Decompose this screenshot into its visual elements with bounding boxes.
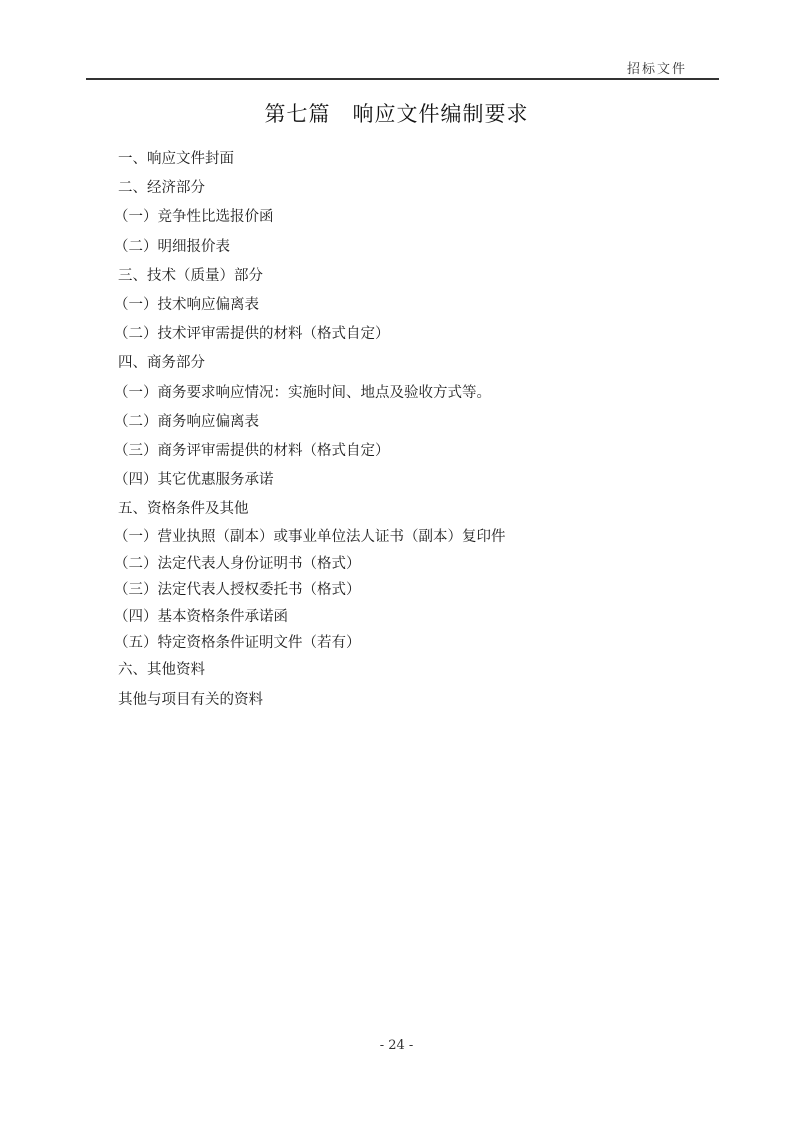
list-item: （二）法定代表人身份证明书（格式） [114, 551, 678, 577]
section-heading: 三、技术（质量）部分 [118, 262, 678, 291]
document-header-label: 招标文件 [627, 58, 687, 77]
list-item: （一）营业执照（副本）或事业单位法人证书（副本）复印件 [114, 524, 678, 550]
list-item: （二）明细报价表 [114, 233, 678, 262]
list-item: （三）法定代表人授权委托书（格式） [114, 577, 678, 603]
header-divider [86, 78, 719, 80]
title-text: 响应文件编制要求 [353, 102, 529, 126]
page-number: - 24 - [0, 1038, 793, 1053]
section-heading: 一、响应文件封面 [118, 145, 678, 174]
section-heading: 六、其他资料 [118, 656, 678, 685]
list-item: （五）特定资格条件证明文件（若有） [114, 630, 678, 656]
page-title: 第七篇响应文件编制要求 [0, 98, 793, 128]
list-item: （二）技术评审需提供的材料（格式自定） [114, 320, 678, 349]
list-item: （一）商务要求响应情况：实施时间、地点及验收方式等。 [114, 379, 678, 408]
list-item: （二）商务响应偏离表 [114, 408, 678, 437]
list-item: （四）基本资格条件承诺函 [114, 604, 678, 630]
list-item: （三）商务评审需提供的材料（格式自定） [114, 437, 678, 466]
section-heading: 二、经济部分 [118, 174, 678, 203]
section-heading: 四、商务部分 [118, 349, 678, 378]
list-item: （四）其它优惠服务承诺 [114, 466, 678, 495]
list-item: （一）竞争性比选报价函 [114, 203, 678, 232]
requirements-list: 一、响应文件封面 二、经济部分 （一）竞争性比选报价函 （二）明细报价表 三、技… [118, 145, 678, 715]
title-part: 第七篇 [265, 102, 331, 126]
list-item: 其他与项目有关的资料 [118, 686, 678, 715]
list-item: （一）技术响应偏离表 [114, 291, 678, 320]
section-heading: 五、资格条件及其他 [118, 495, 678, 524]
